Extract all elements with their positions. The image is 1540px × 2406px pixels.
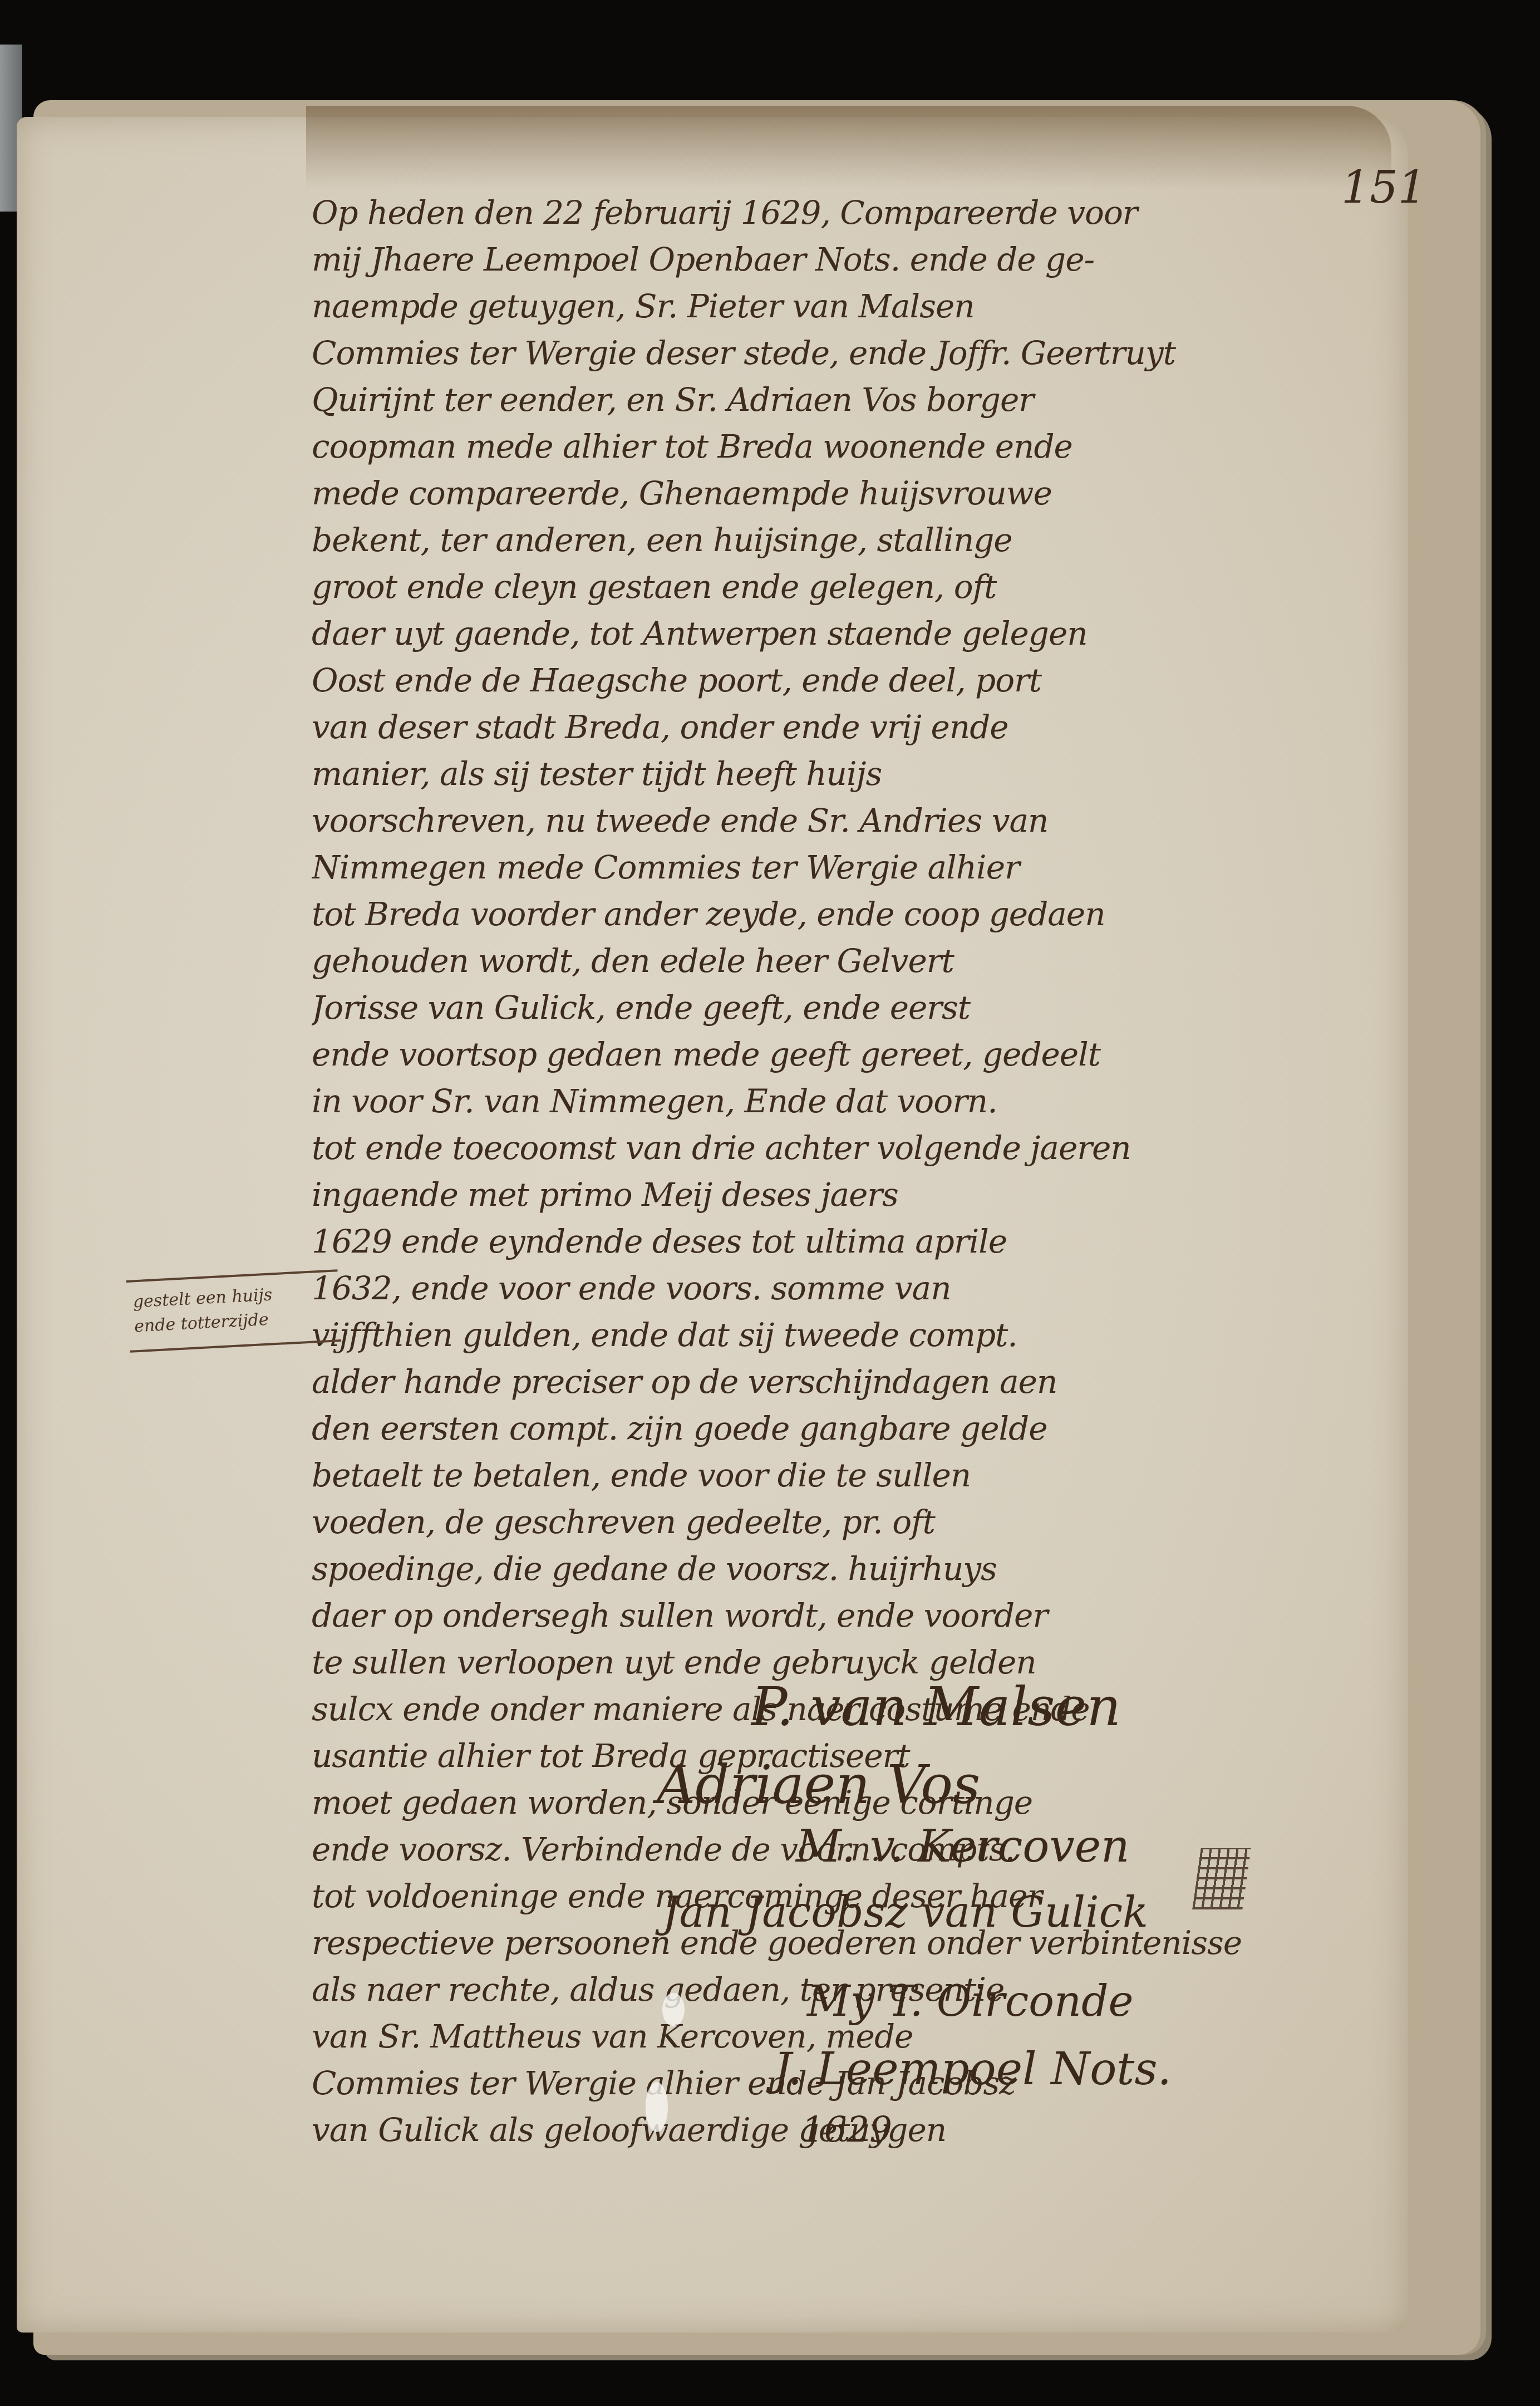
text-line: naempde getuygen, Sr. Pieter van Malsen [312, 283, 1358, 330]
water-stain [306, 106, 1391, 189]
paper-blemish [646, 2082, 668, 2132]
text-line: den eersten compt. zijn goede gangbare g… [312, 1405, 1358, 1452]
text-line: voeden, de geschreven gedeelte, pr. oft [312, 1499, 1358, 1545]
text-line: groot ende cleyn gestaen ende gelegen, o… [312, 563, 1358, 610]
text-line: tot Breda voorder ander zeyde, ende coop… [312, 891, 1358, 937]
text-line: gehouden wordt, den edele heer Gelvert [312, 937, 1358, 984]
signature-kercoven: M. v. Kercoven [796, 1820, 1130, 1872]
text-line: mij Jhaere Leempoel Openbaer Nots. ende … [312, 236, 1358, 283]
signature-year: 1629 [801, 2110, 892, 2151]
text-line: vijffthien gulden, ende dat sij tweede c… [312, 1312, 1358, 1358]
text-line: 1632, ende voor ende voors. somme van [312, 1265, 1358, 1312]
text-line: ende voortsop gedaen mede geeft gereet, … [312, 1031, 1358, 1078]
text-line: 1629 ende eyndende deses tot ultima apri… [312, 1218, 1358, 1265]
text-line: mede compareerde, Ghenaempde huijsvrouwe [312, 470, 1358, 517]
text-line: daer uyt gaende, tot Antwerpen staende g… [312, 610, 1358, 657]
margin-note: gestelt een huijs ende totterzijde [126, 1269, 341, 1353]
text-line: Commies ter Wergie deser stede, ende Jof… [312, 330, 1358, 376]
text-line: bekent, ter anderen, een huijsinge, stal… [312, 517, 1358, 563]
text-line: Jorisse van Gulick, ende geeft, ende eer… [312, 984, 1358, 1031]
text-line: manier, als sij tester tijdt heeft huijs [312, 750, 1358, 797]
paper-blemish [662, 1993, 685, 2026]
text-line: daer op ondersegh sullen wordt, ende voo… [312, 1592, 1358, 1639]
text-line: tot ende toecoomst van drie achter volge… [312, 1125, 1358, 1171]
text-line: in voor Sr. van Nimmegen, Ende dat voorn… [312, 1078, 1358, 1125]
text-line: Op heden den 22 februarij 1629, Comparee… [312, 189, 1358, 236]
signature-adriaen-vos: Adriaen Vos [657, 1754, 980, 1816]
signature-van-malsen: P. van Malsen [751, 1676, 1121, 1738]
text-line: Quirijnt ter eender, en Sr. Adriaen Vos … [312, 376, 1358, 423]
text-line: betaelt te betalen, ende voor die te sul… [312, 1452, 1358, 1499]
text-line: Oost ende de Haegsche poort, ende deel, … [312, 657, 1358, 704]
text-line: voorschreven, nu tweede ende Sr. Andries… [312, 797, 1358, 844]
text-line: ingaende met primo Meij deses jaers [312, 1171, 1358, 1218]
text-line: alder hande preciser op de verschijndage… [312, 1358, 1358, 1405]
text-line: coopman mede alhier tot Breda woonende e… [312, 423, 1358, 470]
attestation-line: My T. Oirconde [807, 1976, 1134, 2026]
signature-van-gulick: Jan Jacobsz van Gulick [662, 1887, 1148, 1937]
notary-mark-icon [1192, 1848, 1251, 1909]
text-line: Nimmegen mede Commies ter Wergie alhier [312, 844, 1358, 891]
signature-notary-leempoel: J. Leempoel Nots. [774, 2043, 1172, 2095]
text-line: spoedinge, die gedane de voorsz. huijrhu… [312, 1545, 1358, 1592]
text-line: van deser stadt Breda, onder ende vrij e… [312, 704, 1358, 750]
